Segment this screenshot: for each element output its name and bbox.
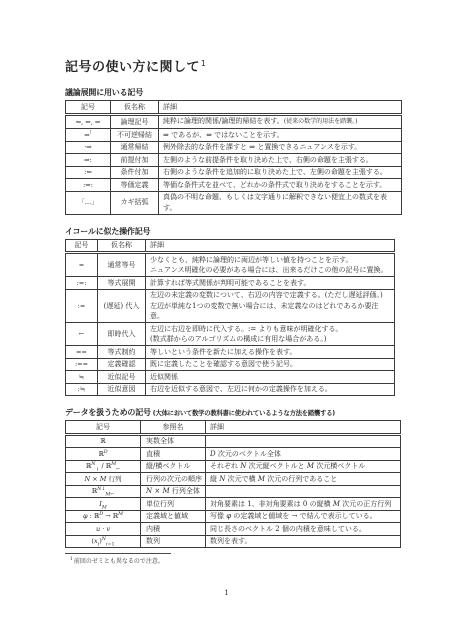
symbol-cell: ⇒: <box>66 154 111 167</box>
table-block-2: データを扱うための記号 (大体において数学の教科書に使われているような方法を踏襲… <box>65 407 402 548</box>
detail-cell: それぞれ N 次元縦ベクトルと M 次元横ベクトル <box>206 460 401 473</box>
table-label-0: 議論展開に用いる記号 <box>65 87 402 98</box>
symbol-cell: ℝN↓M← <box>66 485 141 498</box>
table-row: φ : ℝD → ℝM定義域と値域写像 φ の定義域と値域を → で結んで表示し… <box>66 510 401 523</box>
footnote-block: 1前回のゼミとも異なるので注意。 <box>65 553 365 565</box>
detail-cell: 右辺を近似する意図で、左辺に何かの定義操作を加える。 <box>146 383 395 396</box>
table-row: :=(遅延) 代入左辺の未定義の変数について、右辺の内容で定義する。(ただし遅延… <box>66 289 395 323</box>
name-cell: 前提付加 <box>111 154 159 167</box>
table-row: ==等式制約等しいという条件を新たに加える操作を表す。 <box>66 346 395 359</box>
symbol-cell: ⇒! <box>66 129 111 142</box>
table-header-row: 記号参照名詳細 <box>66 421 401 435</box>
detail-cell: 同じ長さのベクトル 2 個の内積を意味している。 <box>206 523 401 536</box>
symbol-cell: :⇔: <box>66 179 111 192</box>
symbol-cell: := <box>66 289 98 323</box>
detail-cell: 左辺の未定義の変数について、右辺の内容で定義する。(ただし遅延評価。)左辺が単純… <box>146 289 395 323</box>
table-label-note: (大体において数学の教科書に使われているような方法を踏襲する) <box>151 410 335 417</box>
symbol-cell: ℝ <box>66 434 141 448</box>
table-header-row: 記号仮名称詳細 <box>66 239 395 253</box>
name-cell: 行列の次元の順序 <box>141 473 206 486</box>
name-cell: 即時代入 <box>98 323 146 346</box>
detail-cell: 等しいという条件を新たに加える操作を表す。 <box>146 346 395 359</box>
table-row: ←即時代入左辺に右辺を即時に代入する。:= よりも意味が明確化する。(数式群から… <box>66 323 395 346</box>
symbols-table-2: 記号参照名詳細ℝ実数全体ℝD直積D 次元のベクトル全体ℝN↓ / ℝM←縦/横ベ… <box>65 420 401 548</box>
name-cell: 等式制約 <box>98 346 146 359</box>
name-cell: 縦/横ベクトル <box>141 460 206 473</box>
footnote-rule <box>65 553 171 554</box>
symbol-cell: u · v <box>66 523 141 536</box>
symbols-table-1: 記号仮名称詳細=通常等号少なくとも、純粋に論理的に両辺が等しい値を持つことを示す… <box>65 239 395 397</box>
page-title: 記号の使い方に関して1 <box>65 56 402 75</box>
table-row: :⇐条件付加右側のような条件を追加的に取り決めた上で、左側の命題を主張する。 <box>66 166 402 179</box>
name-cell: 等式展開 <box>98 277 146 290</box>
symbols-table-0: 記号仮名称詳細⇐, ⇔, ⇒論理記号純粋に論理的関係/論理的帰結を表す。(従来の… <box>65 100 402 215</box>
symbol-cell: 「…」 <box>66 191 111 214</box>
detail-cell <box>206 485 401 498</box>
column-header-name: 仮名称 <box>111 101 159 115</box>
table-row: ·⇒通常帰結例外除去的な条件を課すと ⇒ と置換できるニュアンスを示す。 <box>66 141 402 154</box>
detail-cell: 計算すれば等式関係が判明可能であることを表す。 <box>146 277 395 290</box>
detail-cell: 例外除去的な条件を課すと ⇒ と置換できるニュアンスを示す。 <box>159 141 402 154</box>
name-cell: カギ括弧 <box>111 191 159 214</box>
name-cell: 数列 <box>141 535 206 548</box>
table-row: ⇒!不可逆帰結⇒ であるが、⇔ ではないことを示す。 <box>66 129 402 142</box>
name-cell: 定義確認 <box>98 358 146 371</box>
table-block-1: イコールに似た操作記号記号仮名称詳細=通常等号少なくとも、純粋に論理的に両辺が等… <box>65 226 402 397</box>
table-row: :⇔:等価定義等価な条件式を並べて、どれかの条件式で取り決めをすることを示す。 <box>66 179 402 192</box>
page-title-text: 記号の使い方に関して <box>65 60 200 75</box>
column-header-name: 仮名称 <box>98 239 146 253</box>
detail-cell: 少なくとも、純粋に論理的に両辺が等しい値を持つことを示す。ニュアンス明確化の必要… <box>146 253 395 277</box>
symbol-cell: ℝD <box>66 448 141 461</box>
detail-cell: 右側のような条件を追加的に取り決めた上で、左側の命題を主張する。 <box>159 166 402 179</box>
name-cell: (遅延) 代入 <box>98 289 146 323</box>
symbol-cell: = <box>66 253 98 277</box>
name-cell: 直積 <box>141 448 206 461</box>
table-header-row: 記号仮名称詳細 <box>66 101 402 115</box>
table-row: N × M 行列行列の次元の順序縦 N 次元で横 M 次元の行列であること <box>66 473 401 486</box>
symbol-cell: N × M 行列 <box>66 473 141 486</box>
symbol-cell: φ : ℝD → ℝM <box>66 510 141 523</box>
symbol-cell: :=: <box>66 277 98 290</box>
table-row: =通常等号少なくとも、純粋に論理的に両辺が等しい値を持つことを示す。ニュアンス明… <box>66 253 395 277</box>
detail-cell: 写像 φ の定義域と値域を → で結んで表示している。 <box>206 510 401 523</box>
table-row: ⇐, ⇔, ⇒論理記号純粋に論理的関係/論理的帰結を表す。(従来の数学的用法を踏… <box>66 114 402 129</box>
name-cell: 近似意図 <box>98 383 146 396</box>
name-cell: 論理記号 <box>111 114 159 129</box>
detail-cell: 左辺に右辺を即時に代入する。:= よりも意味が明確化する。(数式群からのアルゴリ… <box>146 323 395 346</box>
footnote: 1前回のゼミとも異なるので注意。 <box>65 556 365 565</box>
detail-cell: 既に定義したことを確認する意図で使う記号。 <box>146 358 395 371</box>
symbol-cell: ≒ <box>66 371 98 384</box>
symbol-cell: :≒ <box>66 383 98 396</box>
detail-cell: 純粋に論理的関係/論理的帰結を表す。(従来の数学的用法を踏襲。) <box>159 114 402 129</box>
title-footnote-ref: 1 <box>201 59 206 68</box>
symbol-cell: ← <box>66 323 98 346</box>
table-row: (xi)Ni=1数列数列を表す。 <box>66 535 401 548</box>
detail-cell: 縦 N 次元で横 M 次元の行列であること <box>206 473 401 486</box>
table-label-text: データを扱うための記号 <box>65 408 151 417</box>
symbol-cell: :== <box>66 358 98 371</box>
column-header-symbol: 記号 <box>66 101 111 115</box>
name-cell: 等価定義 <box>111 179 159 192</box>
table-row: ℝN↓M←N × M 行列全体 <box>66 485 401 498</box>
symbol-cell: ·⇒ <box>66 141 111 154</box>
table-row: ⇒:前提付加左側のような前提条件を取り決めた上で、右側の命題を主張する。 <box>66 154 402 167</box>
detail-cell: D 次元のベクトル全体 <box>206 448 401 461</box>
column-header-detail: 詳細 <box>206 421 401 435</box>
detail-cell: 真偽の不明な命題、もしくは文字通りに解釈できない便宜上の数式を表す。 <box>159 191 402 214</box>
document-page: 記号の使い方に関して1 議論展開に用いる記号記号仮名称詳細⇐, ⇔, ⇒論理記号… <box>0 0 453 640</box>
table-row: ≒近似記号近似関係 <box>66 371 395 384</box>
table-label-1: イコールに似た操作記号 <box>65 226 402 237</box>
footnote-text: 前回のゼミとも異なるので注意。 <box>74 558 164 565</box>
page-number: 1 <box>0 588 453 597</box>
table-label-text: イコールに似た操作記号 <box>65 227 150 236</box>
detail-cell: 近似関係 <box>146 371 395 384</box>
name-cell: 不可逆帰結 <box>111 129 159 142</box>
table-label-2: データを扱うための記号 (大体において数学の教科書に使われているような方法を踏襲… <box>65 407 402 418</box>
name-cell: 近似記号 <box>98 371 146 384</box>
detail-cell: 左側のような前提条件を取り決めた上で、右側の命題を主張する。 <box>159 154 402 167</box>
footnote-mark: 1 <box>70 557 73 562</box>
detail-cell: ⇒ であるが、⇔ ではないことを示す。 <box>159 129 402 142</box>
name-cell: 定義域と値域 <box>141 510 206 523</box>
table-row: u · v内積同じ長さのベクトル 2 個の内積を意味している。 <box>66 523 401 536</box>
name-cell: 通常帰結 <box>111 141 159 154</box>
table-row: ℝN↓ / ℝM←縦/横ベクトルそれぞれ N 次元縦ベクトルと M 次元横ベクト… <box>66 460 401 473</box>
detail-cell: 対角要素は 1、非対角要素は 0 の縦横 M 次元の正方行列 <box>206 498 401 511</box>
symbol-cell: ⇐, ⇔, ⇒ <box>66 114 111 129</box>
symbol-cell: :⇐ <box>66 166 111 179</box>
column-header-symbol: 記号 <box>66 421 141 435</box>
name-cell: 内積 <box>141 523 206 536</box>
detail-cell: 数列を表す。 <box>206 535 401 548</box>
table-row: :=:等式展開計算すれば等式関係が判明可能であることを表す。 <box>66 277 395 290</box>
table-row: 「…」カギ括弧真偽の不明な命題、もしくは文字通りに解釈できない便宜上の数式を表す… <box>66 191 402 214</box>
tables-container: 議論展開に用いる記号記号仮名称詳細⇐, ⇔, ⇒論理記号純粋に論理的関係/論理的… <box>65 87 402 548</box>
table-row: ℝD直積D 次元のベクトル全体 <box>66 448 401 461</box>
symbol-cell: IM <box>66 498 141 511</box>
name-cell: 通常等号 <box>98 253 146 277</box>
detail-cell: 等価な条件式を並べて、どれかの条件式で取り決めをすることを示す。 <box>159 179 402 192</box>
name-cell: 条件付加 <box>111 166 159 179</box>
table-row: IM単位行列対角要素は 1、非対角要素は 0 の縦横 M 次元の正方行列 <box>66 498 401 511</box>
symbol-cell: ℝN↓ / ℝM← <box>66 460 141 473</box>
column-header-name: 参照名 <box>141 421 206 435</box>
column-header-detail: 詳細 <box>159 101 402 115</box>
symbol-cell: (xi)Ni=1 <box>66 535 141 548</box>
name-cell: 単位行列 <box>141 498 206 511</box>
table-row: ℝ実数全体 <box>66 434 401 448</box>
column-header-detail: 詳細 <box>146 239 395 253</box>
name-cell: N × M 行列全体 <box>141 485 206 498</box>
table-row: :==定義確認既に定義したことを確認する意図で使う記号。 <box>66 358 395 371</box>
name-cell: 実数全体 <box>141 434 206 448</box>
table-row: :≒近似意図右辺を近似する意図で、左辺に何かの定義操作を加える。 <box>66 383 395 396</box>
detail-cell <box>206 434 401 448</box>
table-label-text: 議論展開に用いる記号 <box>65 88 143 97</box>
symbol-cell: == <box>66 346 98 359</box>
column-header-symbol: 記号 <box>66 239 98 253</box>
table-block-0: 議論展開に用いる記号記号仮名称詳細⇐, ⇔, ⇒論理記号純粋に論理的関係/論理的… <box>65 87 402 215</box>
